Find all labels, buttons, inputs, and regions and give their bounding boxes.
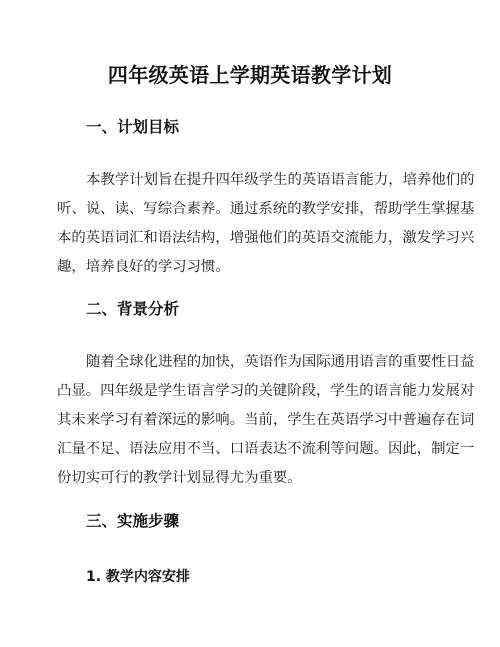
paragraph-line: 听、说、读、写综合素养。通过系统的教学安排，帮助学生掌握基 xyxy=(57,195,439,224)
paragraph-goals: 本教学计划旨在提升四年级学生的英语语言能力，培养他们的 听、说、读、写综合素养。… xyxy=(57,166,439,282)
section-heading-steps: 三、实施步骤 xyxy=(86,511,179,531)
document-page: 四年级英语上学期英语教学计划 一、计划目标 本教学计划旨在提升四年级学生的英语语… xyxy=(0,0,500,647)
paragraph-line: 凸显。四年级是学生语言学习的关键阶段，学生的语言能力发展对 xyxy=(57,377,439,406)
paragraph-line: 随着全球化进程的加快，英语作为国际通用语言的重要性日益 xyxy=(57,348,439,377)
paragraph-line: 其未来学习有着深远的影响。当前，学生在英语学习中普遍存在词 xyxy=(57,406,439,435)
paragraph-line: 汇量不足、语法应用不当、口语表达不流利等问题。因此，制定一 xyxy=(57,435,439,464)
paragraph-line: 本的英语词汇和语法结构，增强他们的英语交流能力，激发学习兴 xyxy=(57,224,439,253)
section-heading-goals: 一、计划目标 xyxy=(86,117,179,137)
subsection-heading-content: 1. 教学内容安排 xyxy=(86,567,190,587)
paragraph-line: 趣，培养良好的学习习惯。 xyxy=(57,253,439,282)
document-title: 四年级英语上学期英语教学计划 xyxy=(0,62,500,88)
section-heading-background: 二、背景分析 xyxy=(86,299,179,319)
paragraph-line: 本教学计划旨在提升四年级学生的英语语言能力，培养他们的 xyxy=(57,166,439,195)
paragraph-line: 份切实可行的教学计划显得尤为重要。 xyxy=(57,464,439,493)
paragraph-background: 随着全球化进程的加快，英语作为国际通用语言的重要性日益 凸显。四年级是学生语言学… xyxy=(57,348,439,493)
